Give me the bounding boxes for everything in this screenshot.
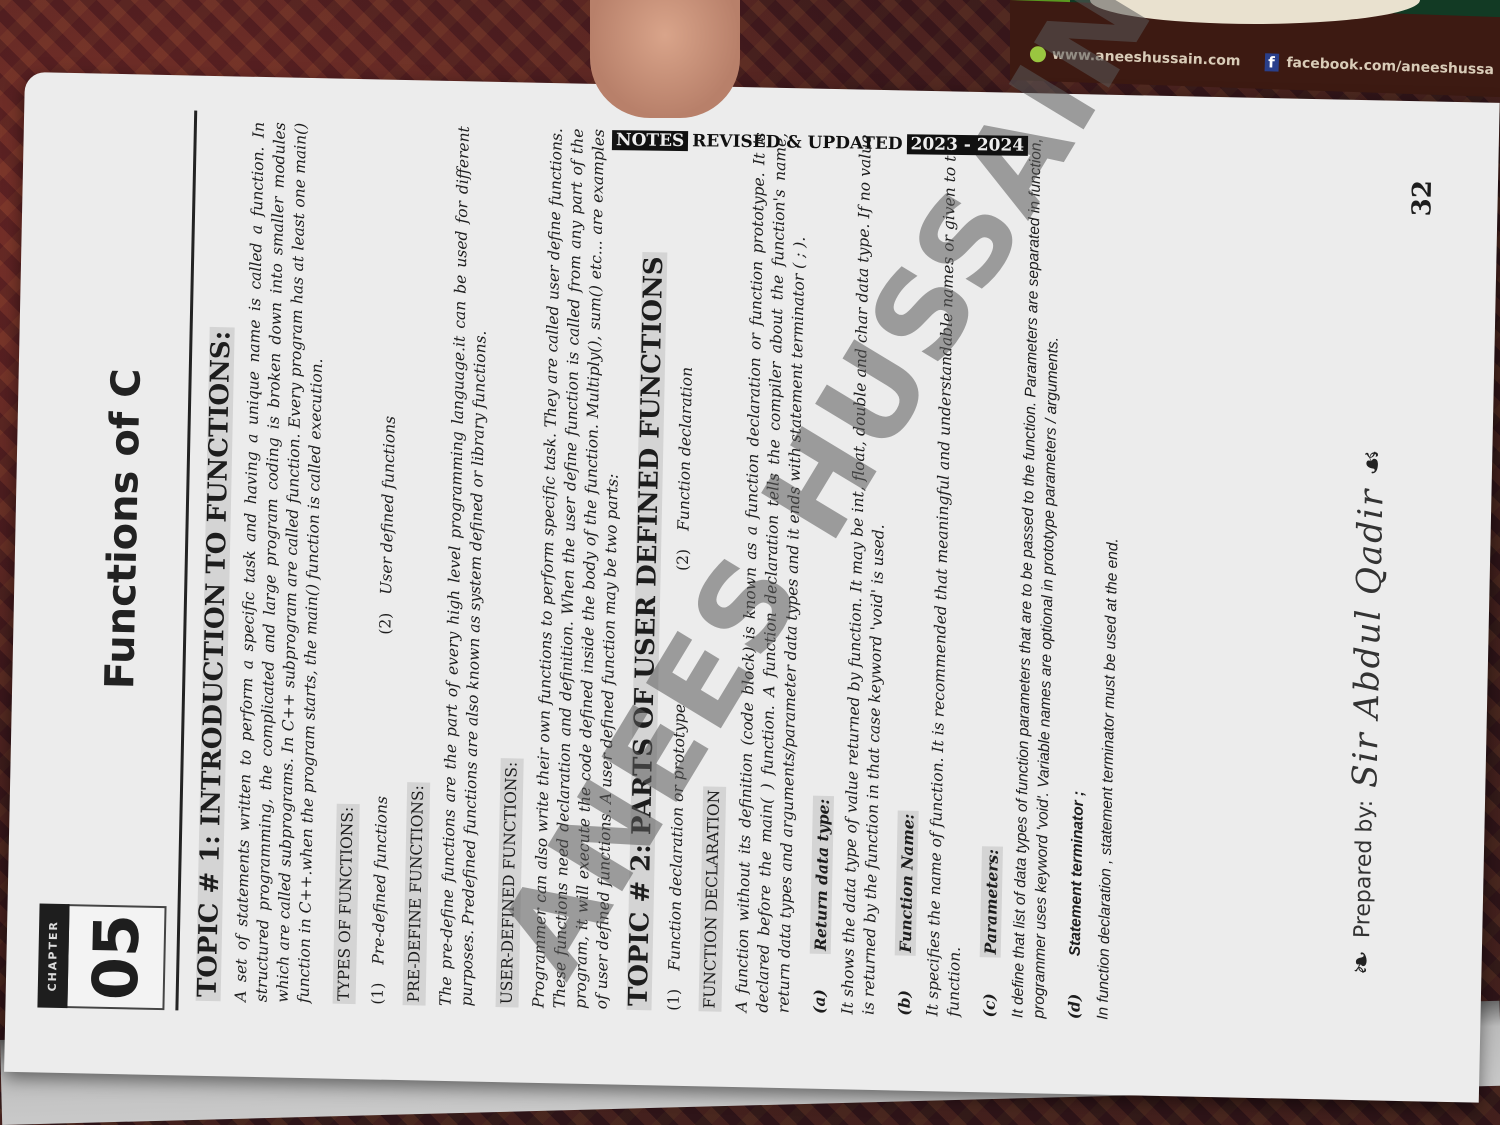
topic-2-heading: TOPIC # 2: PARTS OF USER DEFINED FUNCTIO… bbox=[626, 252, 667, 1010]
page-content: CHAPTER 05 Functions of C TOPIC # 1: INT… bbox=[9, 77, 1489, 1097]
userdef-paragraph: Programmer can also write their own func… bbox=[529, 128, 631, 1010]
item-text: It specifies the name of function. It is… bbox=[922, 136, 982, 1017]
chapter-title: Functions of C bbox=[97, 368, 150, 690]
chapter-header: CHAPTER 05 Functions of C bbox=[35, 128, 193, 1011]
predefine-paragraph: The pre-define functions are the part of… bbox=[436, 126, 496, 1007]
userdef-heading: USER-DEFINED FUNCTIONS: bbox=[496, 759, 524, 1008]
globe-icon bbox=[1030, 46, 1047, 63]
predefine-heading: PRE-DEFINE FUNCTIONS: bbox=[403, 782, 431, 1006]
chapter-badge: CHAPTER 05 bbox=[65, 904, 166, 1010]
part-item: Function declaration bbox=[674, 201, 702, 531]
facebook-icon: f bbox=[1264, 53, 1279, 71]
book-page: CHAPTER 05 Functions of C TOPIC # 1: INT… bbox=[4, 72, 1500, 1103]
intro-paragraph: A set of statements written to perform a… bbox=[231, 122, 333, 1004]
flourish-icon: ❧ bbox=[1344, 950, 1380, 976]
chapter-tab: CHAPTER bbox=[37, 903, 69, 1008]
header-rule bbox=[175, 111, 197, 1011]
declaration-heading: FUNCTION DECLARATION bbox=[698, 787, 726, 1012]
notes-label: NOTES bbox=[612, 130, 689, 151]
type-item: User defined functions bbox=[376, 265, 404, 595]
page-footer: ❧ Prepared by: Sir Abdul Qadir ☙ bbox=[1336, 215, 1402, 976]
item-text: It define that list of data types of fun… bbox=[1007, 138, 1067, 1019]
topic-1-heading: TOPIC # 1: INTRODUCTION TO FUNCTIONS: bbox=[196, 327, 235, 1002]
banner-text: REVISED & UPDATED bbox=[692, 131, 903, 154]
website-link: www.aneeshussain.com bbox=[1030, 46, 1241, 69]
flourish-icon: ☙ bbox=[1354, 449, 1390, 477]
author-signature: Sir Abdul Qadir bbox=[1345, 488, 1391, 789]
types-heading: TYPES OF FUNCTIONS: bbox=[333, 804, 360, 1005]
prepared-by-label: Prepared by: bbox=[1350, 800, 1378, 939]
types-list: (1) Pre-defined functions (2) User defin… bbox=[368, 125, 407, 1005]
chapter-number: 05 bbox=[67, 904, 164, 1010]
page-body: TOPIC # 1: INTRODUCTION TO FUNCTIONS: A … bbox=[196, 121, 1146, 1020]
facebook-link: ffacebook.com/aneeshussa bbox=[1264, 53, 1494, 79]
parts-list: (1) Function declaration or prototype (2… bbox=[663, 131, 702, 1011]
type-item: Pre-defined functions bbox=[368, 634, 396, 964]
declaration-paragraph: A function without its definition (code … bbox=[731, 132, 812, 1013]
thumb bbox=[590, 0, 740, 118]
page-number: 32 bbox=[1407, 180, 1438, 217]
part-item: Function declaration or prototype bbox=[664, 571, 693, 971]
item-text: It shows the data type of value returned… bbox=[837, 134, 897, 1015]
banner-years: 2023 - 2024 bbox=[906, 134, 1028, 156]
